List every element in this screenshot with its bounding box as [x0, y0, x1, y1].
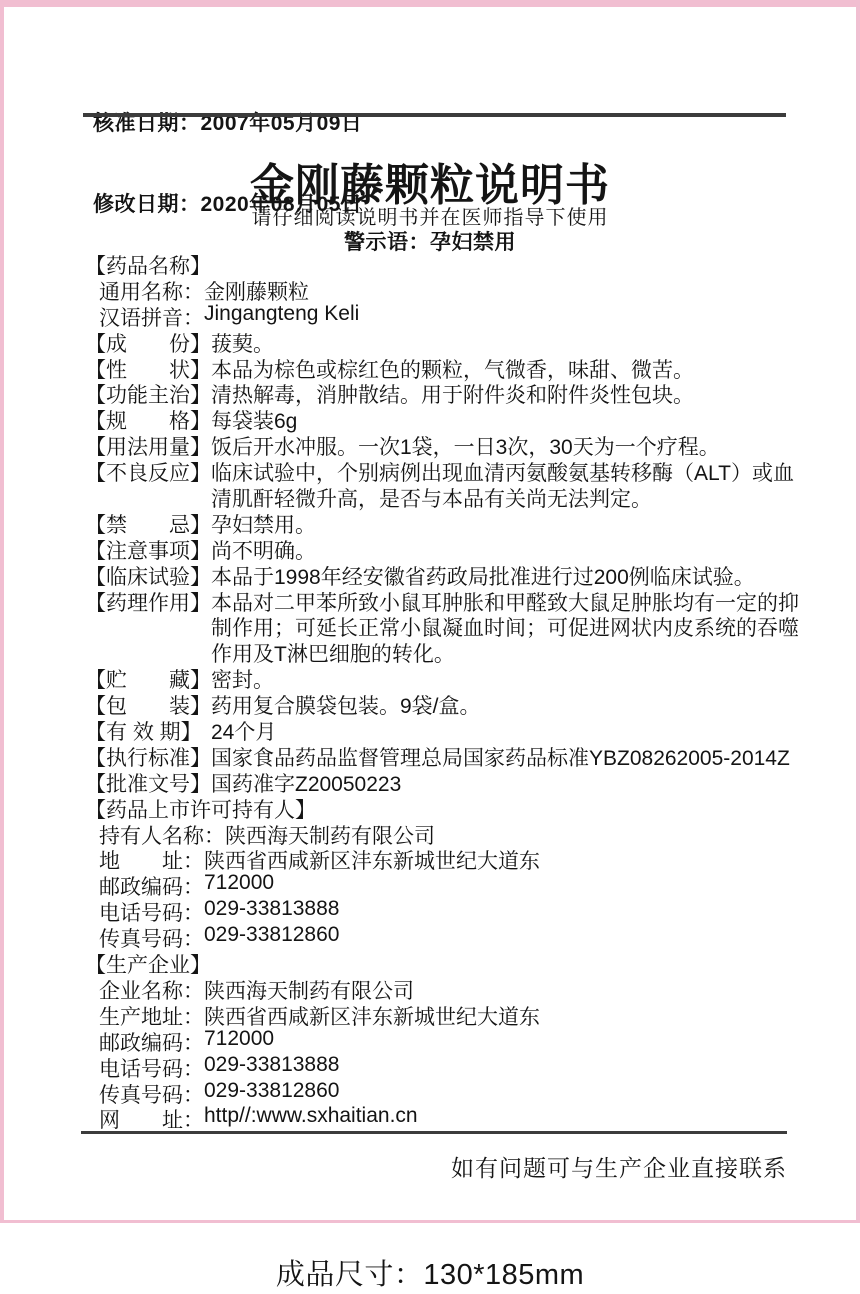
- document-line: 通用名称：金刚藤颗粒: [85, 276, 790, 302]
- document-line: 【性 状】本品为棕色或棕红色的颗粒，气微香，味甜、微苦。: [85, 354, 790, 380]
- document-line: 【包 装】药用复合膜袋包装。9袋/盒。: [85, 690, 790, 716]
- document-line: 【药品名称】: [85, 250, 790, 276]
- document-line: 传真号码：029-33812860: [85, 1079, 790, 1105]
- field-value: 029-33813888: [204, 897, 339, 921]
- top-divider-rule: [83, 113, 786, 117]
- field-value: http//:www.sxhaitian.cn: [204, 1104, 418, 1128]
- document-line: 【成 份】菝葜。: [85, 328, 790, 354]
- field-value: 029-33813888: [204, 1053, 339, 1077]
- document-line: 【药品上市许可持有人】: [85, 794, 790, 820]
- field-value: 712000: [204, 1027, 274, 1051]
- document-line: 持有人名称：陕西海天制药有限公司: [85, 820, 790, 846]
- field-label: 【不良反应】: [85, 457, 211, 487]
- document-line: 【药理作用】本品对二甲苯所致小鼠耳肿胀和甲醛致大鼠足肿胀均有一定的抑: [85, 587, 790, 613]
- document-line: 企业名称：陕西海天制药有限公司: [85, 975, 790, 1001]
- document-line: 【用法用量】饭后开水冲服。一次1袋，一日3次，30天为一个疗程。: [85, 431, 790, 457]
- document-line: 电话号码：029-33813888: [85, 1053, 790, 1079]
- field-value: 712000: [204, 871, 274, 895]
- document-line: 传真号码：029-33812860: [85, 923, 790, 949]
- document-line: 【注意事项】尚不明确。: [85, 535, 790, 561]
- document-line: 【临床试验】本品于1998年经安徽省药政局批准进行过200例临床试验。: [85, 561, 790, 587]
- field-value: 029-33812860: [204, 923, 339, 947]
- document-line: 生产地址：陕西省西咸新区沣东新城世纪大道东: [85, 1001, 790, 1027]
- leaflet-page: 核准日期：2007年05月09日 修改日期：2020年08月05日 金刚藤颗粒说…: [0, 0, 860, 1294]
- document-line: 【不良反应】临床试验中，个别病例出现血清丙氨酸氨基转移酶（ALT）或血: [85, 457, 790, 483]
- field-label: 【药理作用】: [85, 587, 211, 617]
- document-line: 【功能主治】清热解毒，消肿散结。用于附件炎和附件炎性包块。: [85, 379, 790, 405]
- document-line: 网 址：http//:www.sxhaitian.cn: [85, 1104, 790, 1130]
- document-line: 地 址：陕西省西咸新区沣东新城世纪大道东: [85, 845, 790, 871]
- document-line: 汉语拼音：Jingangteng Keli: [85, 302, 790, 328]
- body-lines: 【药品名称】通用名称：金刚藤颗粒汉语拼音：Jingangteng Keli【成 …: [85, 250, 790, 1130]
- field-label: 网 址：: [99, 1104, 204, 1134]
- document-line: 【执行标准】国家食品药品监督管理总局国家药品标准YBZ08262005-2014…: [85, 742, 790, 768]
- bottom-divider-rule: [81, 1131, 787, 1134]
- contact-note: 如有问题可与生产企业直接联系: [85, 1150, 787, 1183]
- field-value: Jingangteng Keli: [204, 302, 359, 326]
- document-line: 电话号码：029-33813888: [85, 897, 790, 923]
- field-value: 029-33812860: [204, 1079, 339, 1103]
- document-line: 【生产企业】: [85, 949, 790, 975]
- finished-size-note: 成品尺寸：130*185mm: [0, 1252, 860, 1293]
